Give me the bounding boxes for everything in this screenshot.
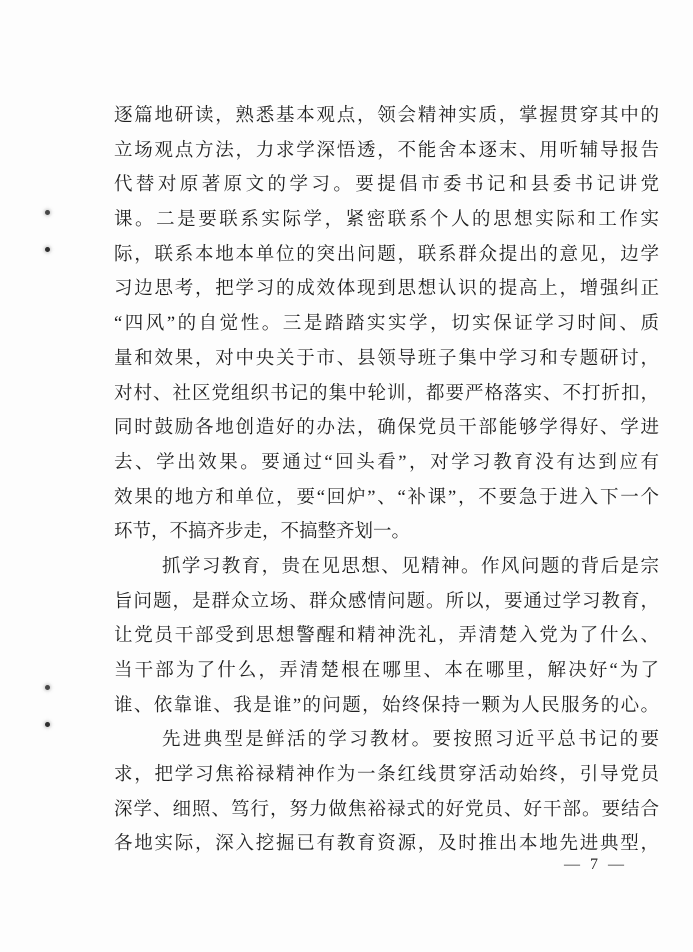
text-line: 抓学习教育，贵在见思想、见精神。作风问题的背后是宗	[114, 550, 659, 585]
text-line: 效果的地方和单位，要“回炉”、“补课”，不要急于进入下一个	[114, 481, 659, 516]
scan-artifact-dot	[45, 210, 50, 215]
text-line: 环节，不搞齐步走，不搞整齐划一。	[114, 515, 659, 550]
text-line: “四风”的自觉性。三是踏踏实实学，切实保证学习时间、质	[114, 307, 659, 342]
text-line: 当干部为了什么，弄清楚根在哪里、本在哪里，解决好“为了	[114, 654, 659, 689]
text-line: 求，把学习焦裕禄精神作为一条红线贯穿活动始终，引导党员	[114, 758, 659, 793]
text-line: 逐篇地研读，熟悉基本观点，领会精神实质，掌握贯穿其中的	[114, 99, 659, 134]
text-line: 去、学出效果。要通过“回头看”，对学习教育没有达到应有	[114, 446, 659, 481]
text-line: 旨问题，是群众立场、群众感情问题。所以，要通过学习教育，	[114, 585, 659, 620]
text-line: 对村、社区党组织书记的集中轮训，都要严格落实、不打折扣，	[114, 377, 659, 412]
text-line: 先进典型是鲜活的学习教材。要按照习近平总书记的要	[114, 723, 659, 758]
text-line: 课。二是要联系实际学，紧密联系个人的思想实际和工作实	[114, 203, 659, 238]
text-line: 际，联系本地本单位的突出问题，联系群众提出的意见，边学	[114, 238, 659, 273]
text-line: 同时鼓励各地创造好的办法，确保党员干部能够学得好、学进	[114, 411, 659, 446]
text-line: 量和效果，对中央关于市、县领导班子集中学习和专题研讨，	[114, 342, 659, 377]
text-line: 谁、依靠谁、我是谁”的问题，始终保持一颗为人民服务的心。	[114, 689, 659, 724]
text-line: 立场观点方法，力求学深悟透，不能舍本逐末、用听辅导报告	[114, 134, 659, 169]
page-number: — 7 —	[564, 856, 627, 874]
body-text-block: 逐篇地研读，熟悉基本观点，领会精神实质，掌握贯穿其中的 立场观点方法，力求学深悟…	[114, 99, 659, 862]
scan-artifact-dot	[45, 685, 50, 690]
document-page: 逐篇地研读，熟悉基本观点，领会精神实质，掌握贯穿其中的 立场观点方法，力求学深悟…	[0, 0, 693, 952]
text-line: 代替对原著原文的学习。要提倡市委书记和县委书记讲党	[114, 168, 659, 203]
scan-artifact-dot	[45, 247, 50, 252]
text-line: 深学、细照、笃行，努力做焦裕禄式的好党员、好干部。要结合	[114, 793, 659, 828]
text-line: 习边思考，把学习的成效体现到思想认识的提高上，增强纠正	[114, 272, 659, 307]
text-line: 让党员干部受到思想警醒和精神洗礼，弄清楚入党为了什么、	[114, 619, 659, 654]
scan-artifact-dot	[45, 722, 50, 727]
